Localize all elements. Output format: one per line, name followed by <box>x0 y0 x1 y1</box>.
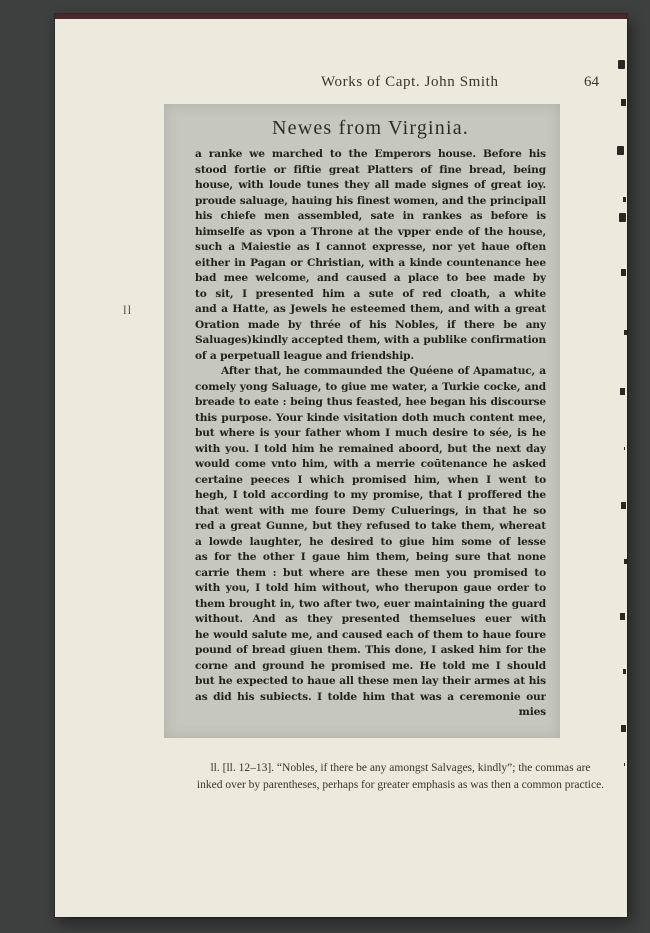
facsimile-line: hegh, I told according to my promise, th… <box>195 488 546 504</box>
facsimile-line: a lowde laughter, he desired to giue him… <box>195 535 546 551</box>
facsimile-line: as did his subiects. I tolde him that wa… <box>195 690 546 706</box>
facsimile-line: and a Hatte, as Jewels he esteemed them,… <box>195 302 546 318</box>
facsimile-line: that went with me foure Demy Culuerings,… <box>195 504 546 520</box>
footnote-line-1: ll. [ll. 12–13]. “Nobles, if there be an… <box>163 760 638 777</box>
facsimile-line: carrie them : but where are these men yo… <box>195 566 546 582</box>
facsimile-line: of a perpetuall league and friendship. <box>195 349 546 365</box>
facsimile-line: corne and ground he promised me. He told… <box>195 659 546 675</box>
facsimile-line: breade to eate : being thus feasted, hee… <box>195 395 546 411</box>
facsimile-line: Saluages)kindly accepted them, with a pu… <box>195 333 546 349</box>
facsimile-line: but he expected to haue all these men la… <box>195 674 546 690</box>
fore-edge-ink-marks <box>618 60 625 69</box>
page-number: 64 <box>584 74 599 91</box>
facsimile-line: red a great Gunne, but they refused to t… <box>195 519 546 535</box>
footnote: ll. [ll. 12–13]. “Nobles, if there be an… <box>163 760 638 793</box>
facsimile-line: would come vnto him, with a merrie coūte… <box>195 457 546 473</box>
book-page: Works of Capt. John Smith 64 ll Newes fr… <box>55 14 627 917</box>
facsimile-line: After that, he commaunded the Quéene of … <box>195 364 546 380</box>
running-title: Works of Capt. John Smith <box>321 74 499 91</box>
footnote-line-2: inked over by parentheses, perhaps for g… <box>163 777 638 794</box>
facsimile-line: comely yong Saluage, to giue me water, a… <box>195 380 546 396</box>
photo-background: Works of Capt. John Smith 64 ll Newes fr… <box>0 0 650 933</box>
margin-note: ll <box>123 302 132 318</box>
facsimile-body: a ranke we marched to the Emperors house… <box>195 147 546 721</box>
facsimile-line: he would salute me, and caused each of t… <box>195 628 546 644</box>
facsimile-line: to sit, I presented him a sute of red cl… <box>195 287 546 303</box>
facsimile-line: pound of bread giuen them. This done, I … <box>195 643 546 659</box>
facsimile-title: Newes from Virginia. <box>195 117 546 140</box>
facsimile-line: a ranke we marched to the Emperors house… <box>195 147 546 163</box>
page-top-edge <box>55 14 627 19</box>
facsimile-line: them brought in, two after two, euer mai… <box>195 597 546 613</box>
facsimile-line: either in Pagan or Christian, with a kin… <box>195 256 546 272</box>
facsimile-line: Oration made by thrée of his Nobles, if … <box>195 318 546 334</box>
facsimile-line: but where is your father whom I much des… <box>195 426 546 442</box>
facsimile-line: with you. I told him he remained aboord,… <box>195 442 546 458</box>
facsimile-panel: Newes from Virginia. a ranke we marched … <box>164 104 560 738</box>
facsimile-line: this purpose. Your kinde visitation doth… <box>195 411 546 427</box>
facsimile-line: his chiefe men assembled, sate in rankes… <box>195 209 546 225</box>
facsimile-line: stood fortie or fiftie great Platters of… <box>195 163 546 179</box>
facsimile-line: with you, I told him without, who therup… <box>195 581 546 597</box>
facsimile-line: house, with loude tunes they all made si… <box>195 178 546 194</box>
facsimile-line: such a Maiestie as I cannot expresse, no… <box>195 240 546 256</box>
facsimile-line: certaine peeces I which promised him, wh… <box>195 473 546 489</box>
facsimile-line: bad mee welcome, and caused a place to b… <box>195 271 546 287</box>
facsimile-catchword: mies <box>195 705 546 721</box>
facsimile-line: without. And as they presented themselue… <box>195 612 546 628</box>
facsimile-line: proude saluage, hauing his finest women,… <box>195 194 546 210</box>
facsimile-line: as for the other I gaue him them, being … <box>195 550 546 566</box>
facsimile-line: himselfe as vpon a Throne at the vpper e… <box>195 225 546 241</box>
